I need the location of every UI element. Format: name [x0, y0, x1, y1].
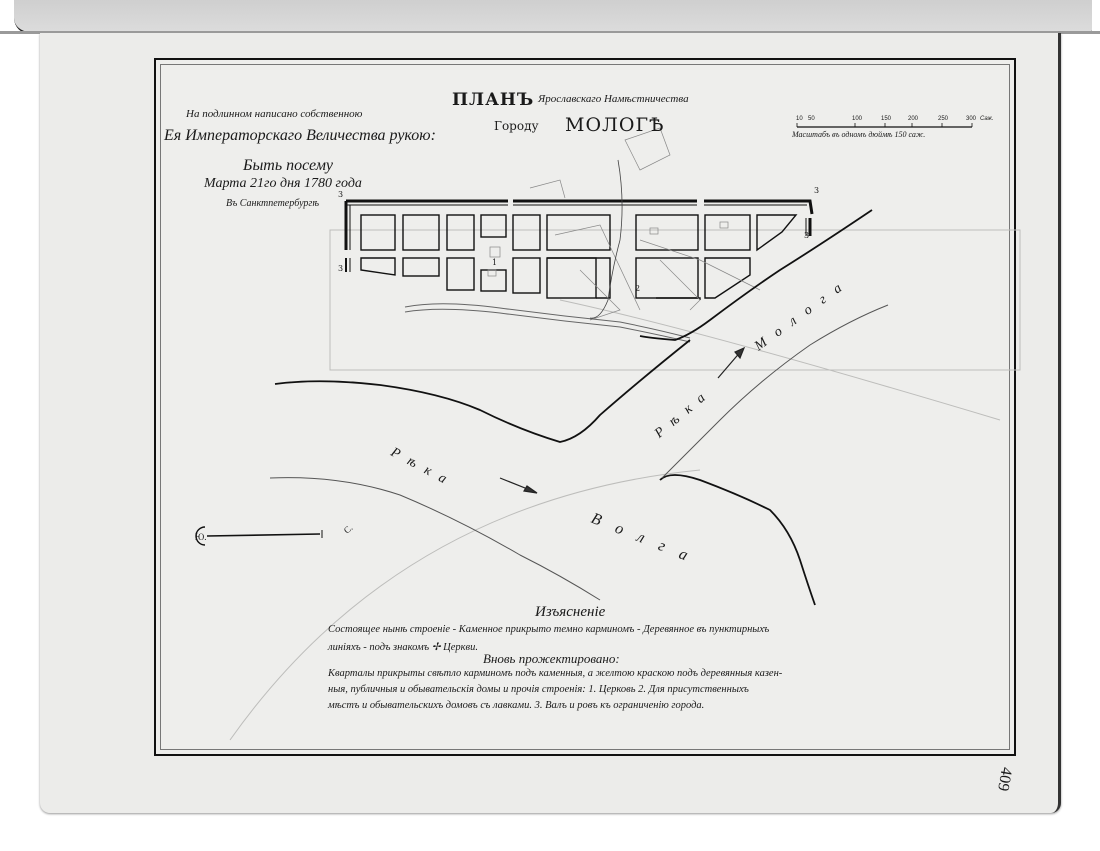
river-banks-thin: [270, 305, 888, 600]
project-line-1: Кварталы прикрыты свѣтло карминомъ подъ …: [328, 668, 782, 679]
approval-line-3: Быть посему: [243, 157, 333, 175]
city-blocks: [361, 215, 796, 300]
scale-tick-250: 250: [938, 116, 948, 122]
legend-line-1: Состоящее нынѣ строеніе - Каменное прикр…: [328, 624, 769, 635]
scale-tick-200: 200: [908, 116, 918, 122]
legend-line-2: линіяхъ - подъ знакомъ ✢ Церкви.: [328, 641, 478, 653]
compass-line: [196, 527, 322, 545]
approval-line-2: Ея Императорскаго Величества рукою:: [164, 127, 436, 145]
plan-title-governorate: Ярославскаго Намѣстничества: [538, 93, 689, 105]
scale-tick-10: 10: [796, 116, 803, 122]
scale-unit: Саж.: [980, 116, 994, 122]
show-through-lines: [230, 230, 1020, 740]
plan-title-caps: ПЛАНЪ: [452, 90, 534, 110]
scale-tick-300: 300: [966, 116, 976, 122]
project-line-2: ныя, публичныя и обывательскія домы и пр…: [328, 684, 749, 695]
scale-tick-150: 150: [881, 116, 891, 122]
project-title: Вновь прожектировано:: [483, 651, 620, 667]
approval-line-1: На подлинном написано собственною: [186, 108, 362, 120]
existing-buildings: [488, 128, 760, 320]
rampart-label: 3: [804, 231, 809, 240]
city-rampart: [346, 201, 812, 272]
scale-tick-100: 100: [852, 116, 862, 122]
rampart-label: 3: [338, 190, 343, 199]
legend-title: Изъясненіе: [535, 604, 605, 621]
rampart-label: 3: [338, 264, 343, 273]
plan-title-city: МОЛОГѢ: [565, 114, 665, 136]
river-banks: [275, 210, 872, 605]
scale-tick-50: 50: [808, 116, 815, 122]
scale-bar: [797, 123, 972, 127]
approval-place: Въ Санктпетербургѣ: [226, 198, 319, 209]
compass-south-label: Ю.: [195, 532, 207, 542]
project-line-3: мѣстъ и обывательскихъ домовъ съ лавками…: [328, 700, 704, 711]
church-label: 1: [492, 258, 497, 267]
scale-caption: Масштабъ въ одномъ дюймѣ 150 саж.: [792, 130, 925, 139]
stream: [590, 160, 622, 318]
gov-building-label: 2: [635, 284, 640, 293]
plan-title-prefix: Городу: [494, 119, 539, 133]
rampart-label: 3: [814, 186, 819, 195]
